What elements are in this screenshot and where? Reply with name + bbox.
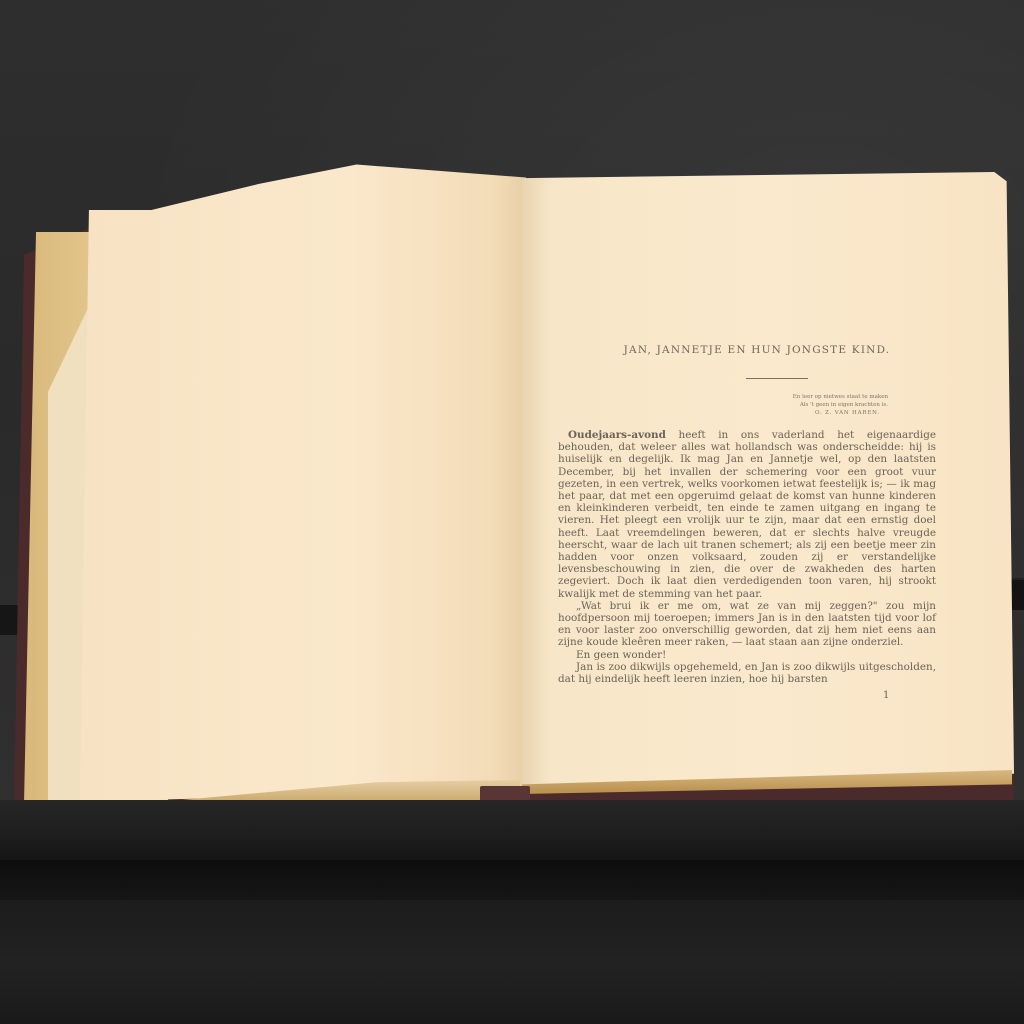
page-text-block: JAN, JANNETJE EN HUN JONGSTE KIND. En le… [558, 344, 936, 685]
chapter-title: JAN, JANNETJE EN HUN JONGSTE KIND. [578, 344, 936, 356]
left-page-blank [80, 158, 526, 808]
page-number: 1 [883, 690, 889, 701]
paragraph-3: En geen wonder! [558, 649, 936, 661]
paragraph-1: Oudejaars-avond heeft in ons vaderland h… [558, 429, 936, 600]
epigraph: En leer op nietwes staat te maken Als 't… [558, 393, 936, 417]
paragraph-lead: Oudejaars-avond [568, 429, 666, 441]
epigraph-attribution: O. Z. VAN HAREN. [558, 409, 888, 417]
photo-scene: MEWA JAN, JANNETJE EN HUN JONGSTE KIND. … [0, 0, 1024, 1024]
table-shadow [0, 860, 1024, 900]
table-front [0, 900, 1024, 1024]
epigraph-line-2: Als 't geen in eigen krachten is. [558, 401, 888, 409]
table-edge [0, 800, 1024, 860]
epigraph-line-1: En leer op nietwes staat te maken [558, 393, 888, 401]
paragraph-4: Jan is zoo dikwijls opgehemeld, en Jan i… [558, 661, 936, 685]
paragraph-2: „Wat brui ik er me om, wat ze van mij ze… [558, 600, 936, 649]
body-text: Oudejaars-avond heeft in ons vaderland h… [558, 429, 936, 685]
title-rule [746, 378, 808, 379]
paragraph-1-text: heeft in ons vaderland het eigenaardige … [558, 429, 936, 600]
